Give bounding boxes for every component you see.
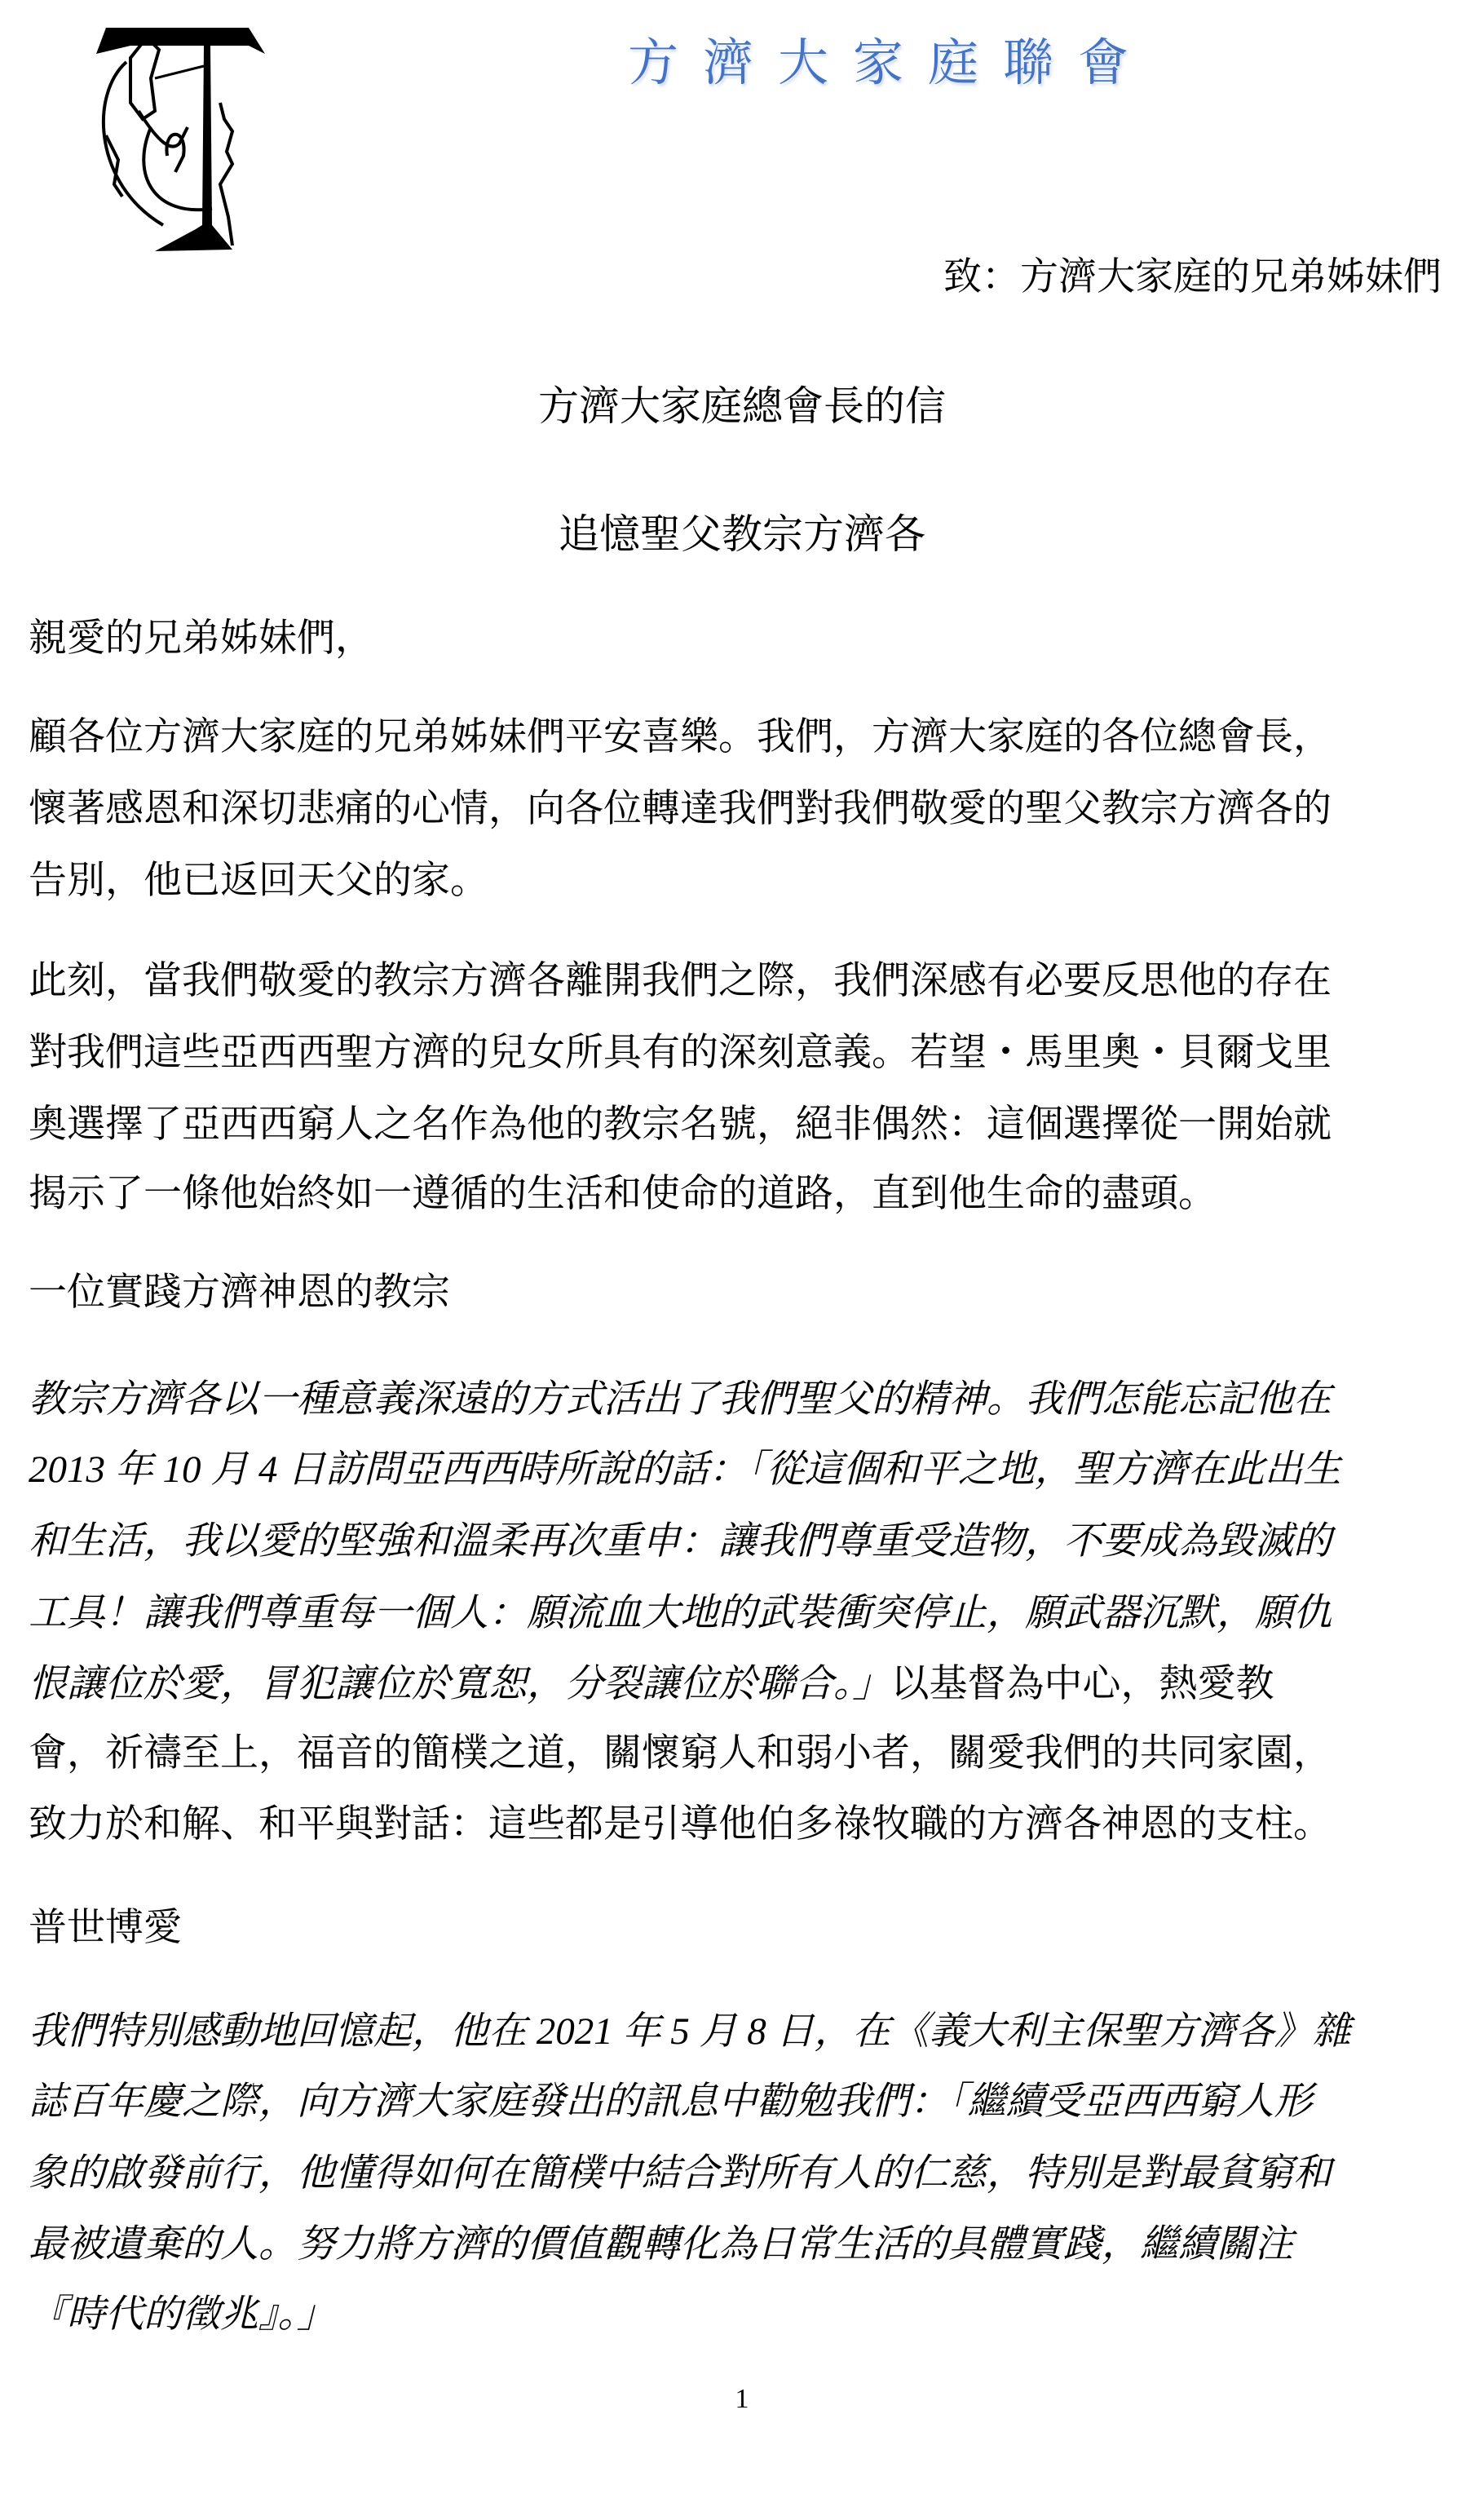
body-text: 以基督為中心，熱愛教 [891,1663,1274,1705]
section-1-line: 教宗方濟各以一種意義深遠的方式活出了我們聖父的精神。我們怎能忘記他在 [29,1373,1332,1426]
section-1-line: 和生活，我以愛的堅強和溫柔再次重申：讓我們尊重受造物，不要成為毀滅的 [29,1515,1332,1567]
section-1-line: 會，祈禱至上，福音的簡樸之道，關懷窮人和弱小者，關愛我們的共同家園， [29,1727,1332,1780]
section-1-line: 2013 年 10 月 4 日訪問亞西西時所說的話：「從這個和平之地，聖方濟在此… [29,1444,1341,1496]
organization-title: 方濟大家庭聯會 [628,31,1150,96]
quote-text: 象的啟發前行，他懂得如何在簡樸中結合對所有人的仁慈，特別是對最貧窮和 [29,2152,1332,2195]
paragraph-2-line: 揭示了一條他始終如一遵循的生活和使命的道路，直到他生命的盡頭。 [29,1168,1217,1220]
paragraph-1-line: 告別，他已返回天父的家。 [29,855,488,907]
letter-subtitle: 追憶聖父教宗方濟各 [0,506,1484,563]
quote-text: 2013 年 10 月 4 日訪問亞西西時所說的話：「從這個和平之地，聖方濟在此… [29,1448,1341,1491]
franciscan-tau-logo-icon [82,21,277,266]
document-page: 方濟大家庭聯會 致：方濟大家庭的兄弟姊妹們 方濟大家庭總會長的信 追憶聖父教宗方… [0,0,1484,2507]
quote-text: 教宗方濟各以一種意義深遠的方式活出了我們聖父的精神。我們怎能忘記他在 [29,1378,1332,1421]
section-2-line: 最被遺棄的人。努力將方濟的價值觀轉化為日常生活的具體實踐，繼續關注 [29,2218,1293,2270]
paragraph-2-line: 此刻，當我們敬愛的教宗方濟各離開我們之際，我們深感有必要反思他的存在 [29,955,1332,1007]
letter-title: 方濟大家庭總會長的信 [0,378,1484,435]
section-1-line: 致力於和解、和平與對話：這些都是引導他伯多祿牧職的方濟各神恩的支柱。 [29,1798,1332,1850]
salutation: 親愛的兄弟姊妹們， [29,612,373,665]
page-number: 1 [0,2380,1484,2419]
section-2-line: 我們特別感動地回憶起，他在 2021 年 5 月 8 日，在《義大利主保聖方濟各… [29,2005,1351,2058]
quote-text: 我們特別感動地回憶起，他在 2021 年 5 月 8 日，在《義大利主保聖方濟各… [29,2010,1351,2053]
paragraph-2-line: 奧選擇了亞西西窮人之名作為他的教宗名號，絕非偶然：這個選擇從一開始就 [29,1099,1332,1151]
quote-text: 『時代的徵兆』。」 [29,2293,335,2336]
quote-text: 最被遺棄的人。努力將方濟的價值觀轉化為日常生活的具體實踐，繼續關注 [29,2223,1293,2266]
section-2-line: 誌百年慶之際，向方濟大家庭發出的訊息中勸勉我們：「繼續受亞西西窮人形 [29,2076,1313,2128]
section-heading: 一位實踐方濟神恩的教宗 [29,1267,450,1319]
addressee-line: 致：方濟大家庭的兄弟姊妹們 [943,251,1442,303]
quote-text: 工具！讓我們尊重每一個人：願流血大地的武裝衝突停止，願武器沉默，願仇 [29,1592,1332,1634]
paragraph-1-line: 懷著感恩和深切悲痛的心情，向各位轉達我們對我們敬愛的聖父教宗方濟各的 [29,783,1332,835]
section-1-line: 恨讓位於愛，冒犯讓位於寬恕，分裂讓位於聯合。」以基督為中心，熱愛教 [29,1658,1274,1710]
quote-text: 恨讓位於愛，冒犯讓位於寬恕，分裂讓位於聯合。」 [29,1663,891,1705]
section-2-line: 象的啟發前行，他懂得如何在簡樸中結合對所有人的仁慈，特別是對最貧窮和 [29,2147,1332,2200]
body-text: 致力於和解、和平與對話：這些都是引導他伯多祿牧職的方濟各神恩的支柱。 [29,1803,1332,1846]
paragraph-1-line: 顧各位方濟大家庭的兄弟姊妹們平安喜樂。我們，方濟大家庭的各位總會長， [29,711,1332,763]
paragraph-2-line: 對我們這些亞西西聖方濟的兒女所具有的深刻意義。若望・馬里奧・貝爾戈里 [29,1027,1332,1079]
quote-text: 誌百年慶之際，向方濟大家庭發出的訊息中勸勉我們：「繼續受亞西西窮人形 [29,2080,1313,2123]
section-2-line: 『時代的徵兆』。」 [29,2288,335,2341]
section-1-line: 工具！讓我們尊重每一個人：願流血大地的武裝衝突停止，願武器沉默，願仇 [29,1587,1332,1639]
body-text: 會，祈禱至上，福音的簡樸之道，關懷窮人和弱小者，關愛我們的共同家園， [29,1732,1332,1775]
section-heading: 普世博愛 [29,1902,182,1954]
quote-text: 和生活，我以愛的堅強和溫柔再次重申：讓我們尊重受造物，不要成為毀滅的 [29,1520,1332,1563]
